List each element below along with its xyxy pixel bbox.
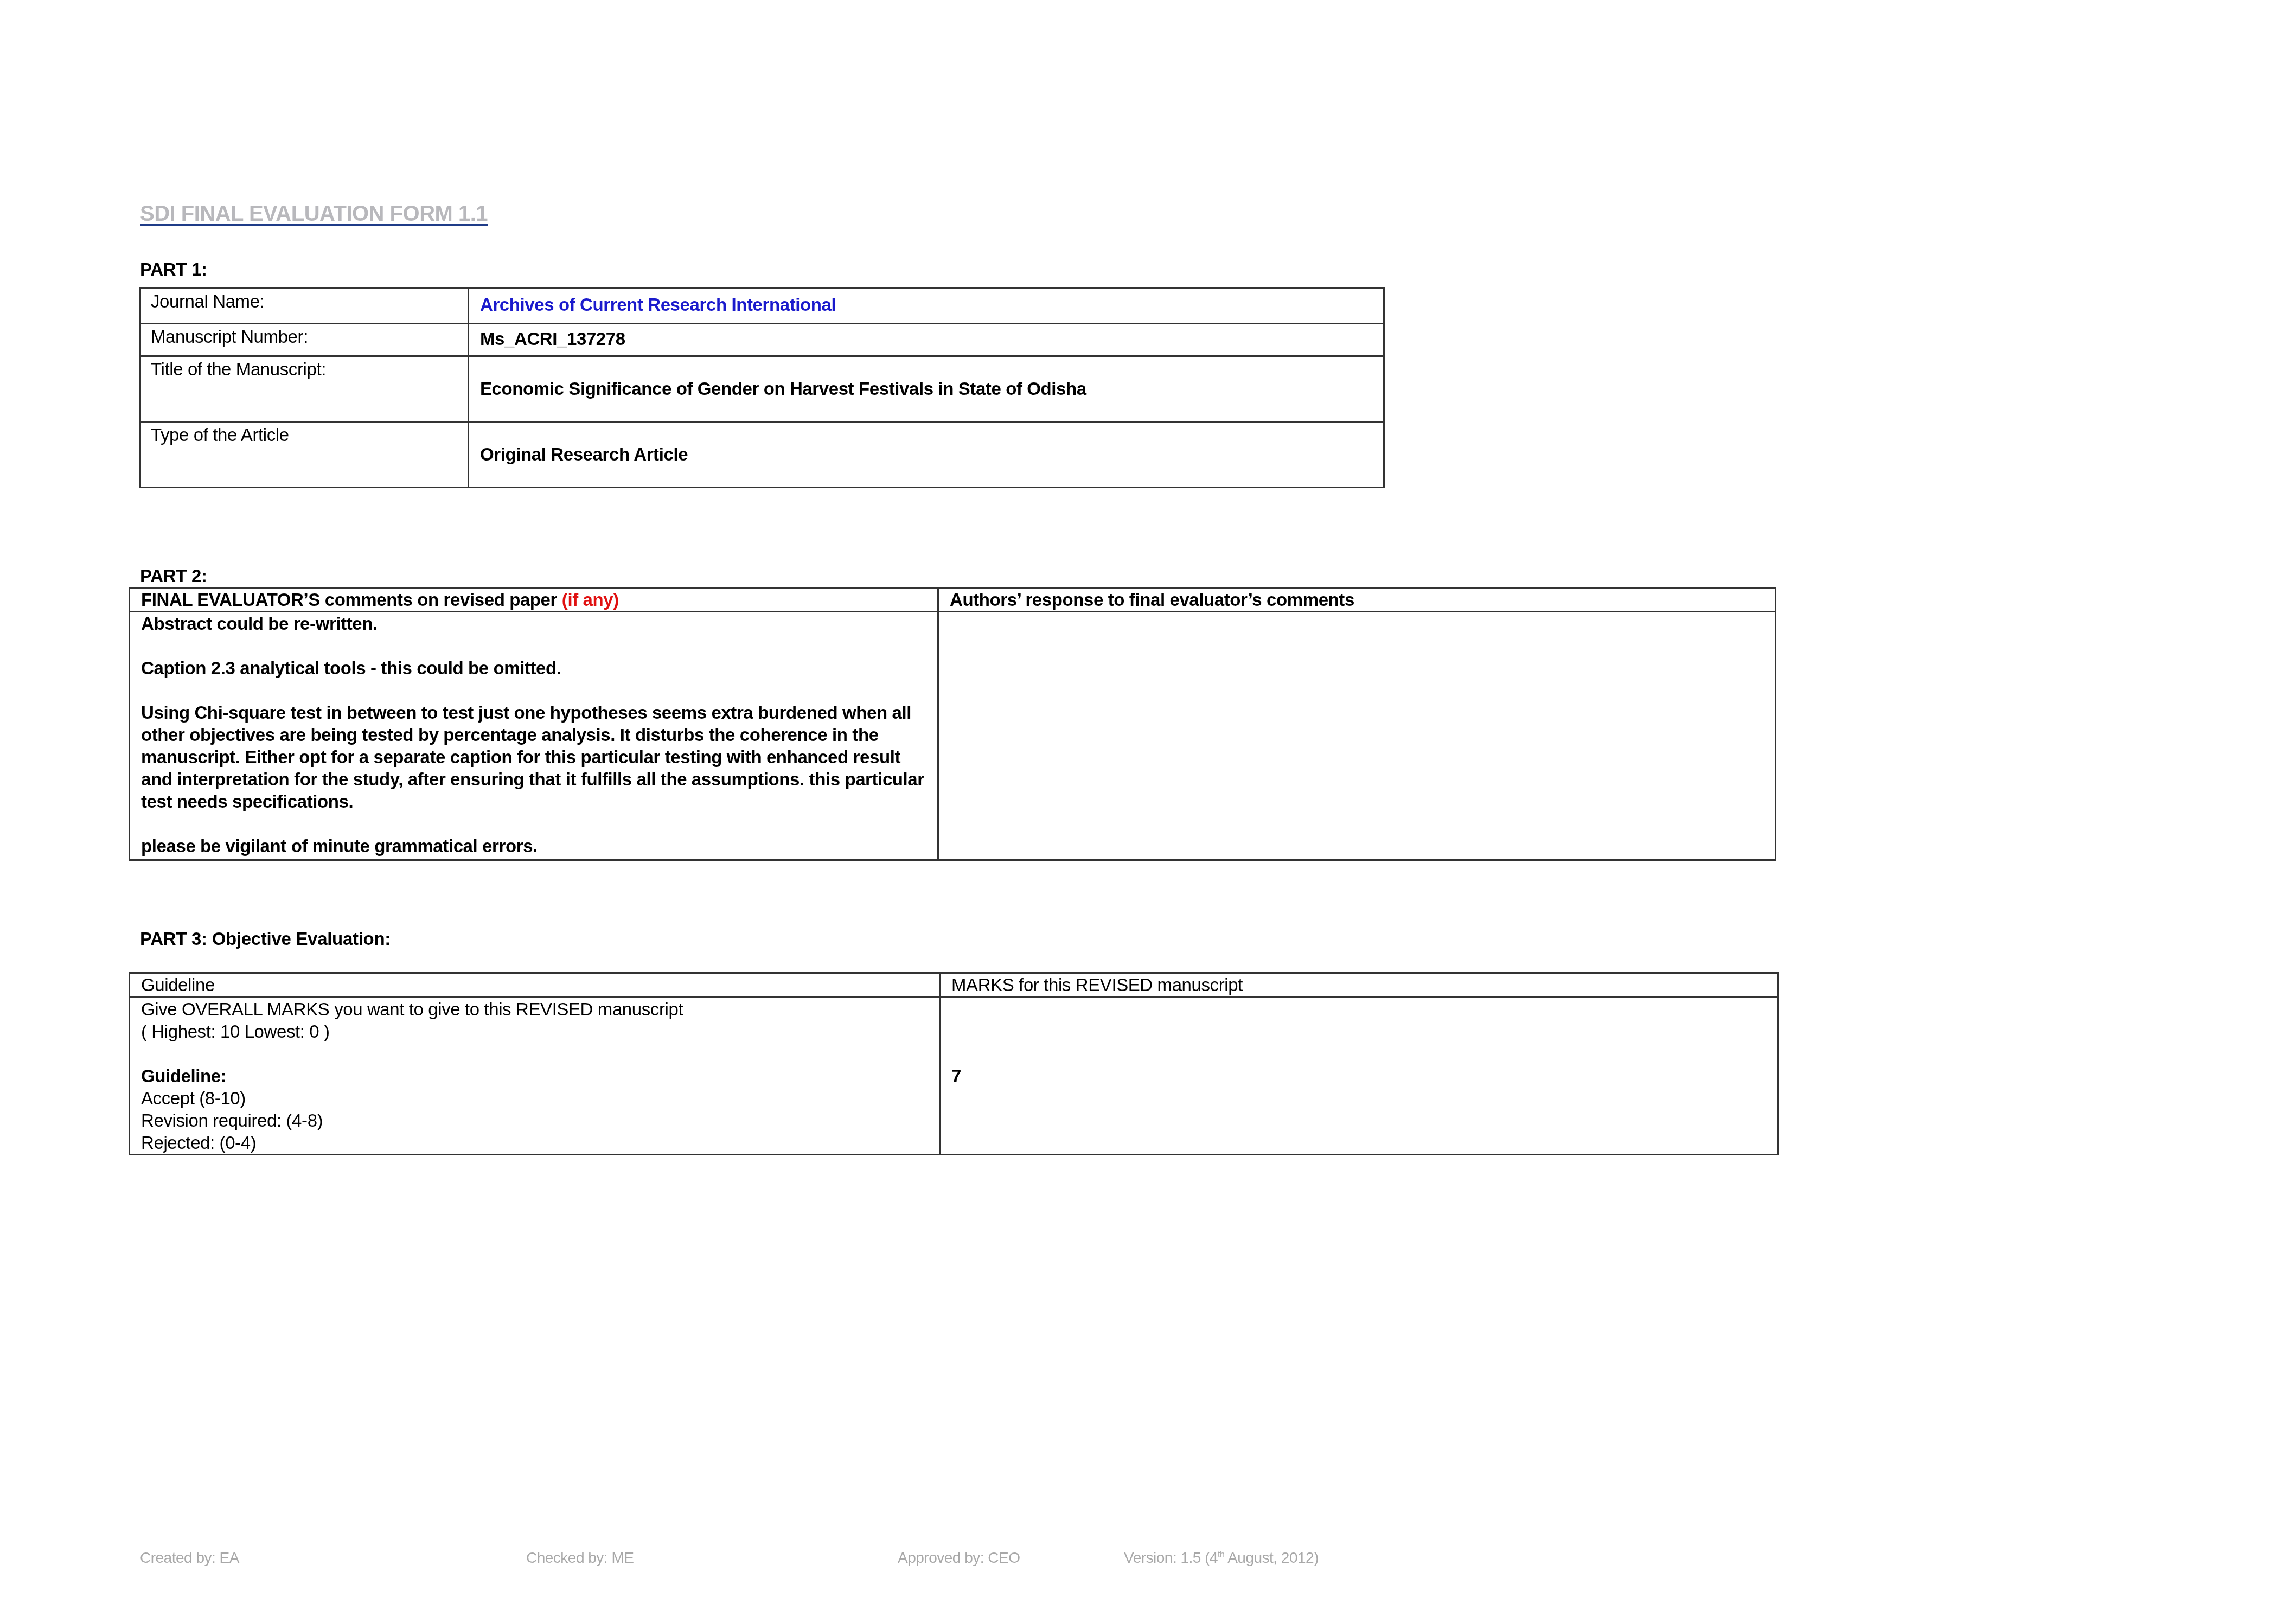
comments-header: FINAL EVALUATOR’S comments on revised pa…	[130, 589, 938, 612]
manuscript-title-label: Title of the Manuscript:	[140, 356, 469, 422]
article-type-label: Type of the Article	[140, 422, 469, 488]
footer-created-by: Created by: EA	[140, 1549, 239, 1567]
part1-label: PART 1:	[140, 259, 207, 280]
comments-header-text: FINAL EVALUATOR’S comments on revised pa…	[141, 590, 562, 610]
part3-label: PART 3: Objective Evaluation:	[140, 929, 391, 949]
guideline-cell: Give OVERALL MARKS you want to give to t…	[130, 998, 940, 1155]
footer-version: Version: 1.5 (4th August, 2012)	[1124, 1549, 1319, 1567]
comment-abstract: Abstract could be re-written.	[141, 612, 926, 635]
response-header: Authors’ response to final evaluator’s c…	[938, 589, 1776, 612]
objective-evaluation-table: Guideline MARKS for this REVISED manuscr…	[129, 972, 1779, 1155]
table-row: Manuscript Number: Ms_ACRI_137278	[140, 324, 1384, 356]
form-title: SDI FINAL EVALUATION FORM 1.1	[140, 202, 488, 226]
marks-value[interactable]: 7	[940, 998, 1779, 1155]
manuscript-info-table: Journal Name: Archives of Current Resear…	[139, 287, 1385, 488]
journal-name-value: Archives of Current Research Internation…	[469, 289, 1384, 324]
table-row: Type of the Article Original Research Ar…	[140, 422, 1384, 488]
comment-caption: Caption 2.3 analytical tools - this coul…	[141, 657, 926, 679]
evaluator-comments-cell: Abstract could be re-written. Caption 2.…	[130, 612, 938, 860]
comments-header-note: (if any)	[562, 590, 619, 610]
marks-header: MARKS for this REVISED manuscript	[940, 973, 1779, 998]
manuscript-number-value: Ms_ACRI_137278	[469, 324, 1384, 356]
part2-label: PART 2:	[140, 566, 207, 586]
guideline-header: Guideline	[130, 973, 940, 998]
table-row: Journal Name: Archives of Current Resear…	[140, 289, 1384, 324]
guideline-revision: Revision required: (4-8)	[141, 1109, 928, 1132]
manuscript-number-label: Manuscript Number:	[140, 324, 469, 356]
article-type-value: Original Research Article	[469, 422, 1384, 488]
instruction-line-1: Give OVERALL MARKS you want to give to t…	[141, 998, 928, 1020]
evaluator-comments-table: FINAL EVALUATOR’S comments on revised pa…	[129, 587, 1776, 861]
guideline-rejected: Rejected: (0-4)	[141, 1132, 928, 1154]
manuscript-title-value: Economic Significance of Gender on Harve…	[469, 356, 1384, 422]
table-header-row: Guideline MARKS for this REVISED manuscr…	[130, 973, 1779, 998]
instruction-line-2: ( Highest: 10 Lowest: 0 )	[141, 1020, 928, 1043]
guideline-title: Guideline:	[141, 1065, 928, 1087]
footer-approved-by: Approved by: CEO	[898, 1549, 1020, 1567]
version-prefix: Version: 1.5 (4	[1124, 1549, 1218, 1566]
comment-grammar: please be vigilant of minute grammatical…	[141, 835, 926, 857]
table-header-row: FINAL EVALUATOR’S comments on revised pa…	[130, 589, 1776, 612]
journal-name-label: Journal Name:	[140, 289, 469, 324]
table-row: Title of the Manuscript: Economic Signif…	[140, 356, 1384, 422]
table-row: Abstract could be re-written. Caption 2.…	[130, 612, 1776, 860]
footer-checked-by: Checked by: ME	[526, 1549, 634, 1567]
table-row: Give OVERALL MARKS you want to give to t…	[130, 998, 1779, 1155]
version-suffix: August, 2012)	[1224, 1549, 1319, 1566]
guideline-accept: Accept (8-10)	[141, 1087, 928, 1109]
authors-response-cell[interactable]	[938, 612, 1776, 860]
version-sup: th	[1218, 1550, 1224, 1560]
comment-chi-square: Using Chi-square test in between to test…	[141, 701, 926, 813]
